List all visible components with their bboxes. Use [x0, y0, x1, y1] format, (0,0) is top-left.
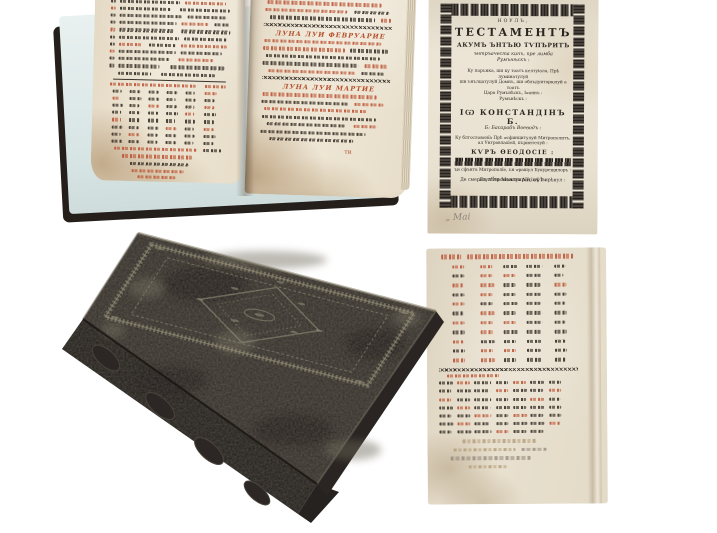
script-line — [433, 254, 588, 260]
ink-stroke — [110, 14, 115, 17]
ink-stroke — [111, 125, 122, 128]
ink-stroke — [481, 359, 495, 362]
ink-stroke — [129, 111, 140, 114]
ink-stroke — [204, 92, 216, 96]
ink-stroke — [503, 321, 515, 324]
script-line — [434, 413, 589, 417]
ink-stroke — [549, 381, 561, 384]
script-line — [103, 28, 238, 35]
ink-stroke — [129, 133, 140, 136]
closed-leather-book — [55, 222, 450, 533]
ink-stroke — [355, 11, 390, 15]
ink-stroke — [109, 57, 114, 60]
title-page-line: ІѠ КОНСТАНДІНЪ Б. — [454, 107, 572, 126]
ink-stroke — [549, 405, 561, 408]
ink-stroke — [118, 64, 159, 68]
ink-stroke — [118, 71, 150, 75]
ink-stroke — [503, 311, 515, 314]
ink-stroke — [527, 349, 541, 352]
ink-stroke — [475, 398, 492, 401]
ink-stroke — [513, 422, 527, 425]
ink-stroke — [549, 397, 560, 400]
ink-stroke — [112, 118, 122, 121]
script-line — [103, 49, 238, 56]
ink-stroke — [496, 422, 508, 425]
ink-stroke — [527, 302, 541, 305]
ink-stroke — [260, 130, 365, 136]
ink-stroke — [452, 340, 463, 343]
title-page-colophon: Де смеритул Їеромонахъ Антїмъ Ївирѣнул : — [454, 178, 572, 185]
ink-stroke — [530, 397, 544, 400]
script-line — [101, 118, 236, 125]
script-line — [103, 35, 238, 42]
table-page-text — [433, 254, 589, 474]
ink-stroke — [148, 133, 158, 136]
ink-stroke — [203, 142, 214, 145]
ink-stroke — [480, 349, 492, 352]
ink-stroke — [266, 122, 345, 128]
ink-stroke — [354, 125, 377, 129]
ink-stroke — [109, 64, 114, 67]
ornament-border-top — [441, 4, 585, 17]
ink-stroke — [122, 154, 192, 159]
ink-stroke — [119, 28, 173, 33]
ink-stroke — [204, 85, 226, 89]
title-page-line: ън сфънта Митрополїе, ън ѡрашул Букурещи… — [454, 167, 572, 173]
script-line — [433, 273, 588, 277]
ink-stroke — [203, 128, 214, 131]
ink-stroke — [530, 422, 544, 425]
script-line — [100, 161, 235, 168]
ink-stroke — [452, 265, 464, 268]
title-page-line: КѴРЪ ѲЕОДОСІЕ : — [454, 148, 572, 157]
ink-stroke — [165, 127, 176, 130]
ink-stroke — [469, 465, 509, 469]
ornament-border-right — [573, 4, 585, 208]
ink-stroke — [149, 90, 159, 93]
ink-stroke — [504, 340, 516, 343]
ink-stroke — [475, 414, 492, 417]
ink-stroke — [112, 89, 122, 92]
ink-stroke — [184, 134, 195, 137]
ink-stroke — [129, 140, 140, 143]
ink-stroke — [480, 265, 492, 268]
leather-grain — [62, 233, 436, 514]
ink-stroke — [111, 6, 116, 9]
script-line — [435, 430, 590, 434]
ink-stroke — [458, 398, 470, 401]
script-line — [101, 103, 236, 110]
ink-stroke — [185, 91, 195, 94]
ink-rule — [113, 78, 226, 82]
ink-stroke — [148, 119, 159, 122]
ink-stroke — [170, 65, 224, 70]
title-page-line: Ку порънка, ши ку тоатъ келтуіала, Прѣ л… — [454, 69, 572, 81]
ink-stroke — [182, 23, 209, 27]
script-line — [435, 447, 590, 452]
calendar-table-page — [426, 247, 608, 504]
ink-stroke — [475, 430, 492, 433]
ink-stroke — [480, 293, 492, 296]
script-line — [99, 174, 234, 181]
ink-stroke — [457, 382, 469, 385]
title-page-line: ТЕСТАМЕНТЪ — [454, 26, 572, 40]
ink-stroke — [119, 43, 143, 47]
ornament-band — [455, 158, 571, 167]
ink-stroke — [184, 141, 194, 144]
ink-stroke — [496, 430, 508, 433]
script-line — [102, 56, 237, 63]
ink-stroke — [111, 0, 116, 2]
script-line — [104, 6, 239, 13]
ink-stroke — [161, 72, 215, 77]
script-line — [103, 21, 238, 28]
ink-stroke — [549, 414, 561, 417]
script-line — [255, 100, 401, 108]
ink-stroke — [361, 72, 384, 76]
ink-stroke — [475, 390, 490, 393]
ink-stroke — [185, 113, 195, 116]
ink-stroke — [185, 1, 226, 5]
ink-stroke — [526, 292, 541, 295]
ink-stroke — [513, 398, 525, 401]
ink-stroke — [458, 422, 470, 425]
ink-stroke — [166, 119, 176, 122]
ink-stroke — [480, 283, 494, 286]
script-line — [434, 373, 589, 377]
ink-stroke — [527, 339, 542, 342]
ink-stroke — [452, 293, 464, 296]
ink-stroke — [148, 105, 159, 108]
ink-stroke — [350, 49, 388, 53]
ink-stroke — [132, 169, 183, 174]
ink-stroke — [119, 50, 176, 55]
script-line — [434, 349, 589, 353]
ink-stroke — [112, 96, 120, 99]
ink-stroke — [555, 321, 566, 324]
ink-stroke — [480, 340, 494, 343]
ink-stroke — [263, 46, 345, 52]
ink-stroke — [480, 312, 494, 315]
ink-stroke — [365, 64, 388, 68]
ink-stroke — [270, 16, 375, 22]
ink-stroke — [166, 98, 176, 101]
ink-stroke — [549, 389, 561, 392]
ink-stroke — [149, 43, 176, 47]
ink-stroke — [130, 90, 141, 93]
ink-stroke — [181, 51, 222, 55]
manuscript-right-page: ЛУНА ЛУИ ФЕВРУАРИЕЛУНА ЛУИ МАРТИЕти — [245, 0, 414, 198]
ink-stroke — [110, 82, 196, 87]
ink-stroke — [453, 448, 515, 452]
script-line — [434, 397, 589, 401]
ink-stroke — [513, 414, 527, 417]
ink-stroke — [149, 97, 160, 100]
ink-stroke — [114, 147, 198, 152]
ink-stroke — [165, 134, 176, 137]
ink-stroke — [554, 292, 566, 295]
ink-stroke — [452, 312, 463, 315]
manuscript-gutter-shadow — [236, 0, 254, 196]
ink-stroke — [513, 406, 525, 409]
manuscript-left-page — [90, 0, 245, 184]
ink-stroke — [109, 49, 114, 52]
ink-stroke — [204, 106, 215, 109]
script-line — [255, 129, 401, 137]
title-page-line: Румънѣскъ : — [454, 58, 572, 65]
script-line — [435, 439, 590, 444]
ink-stroke — [458, 390, 472, 393]
ink-stroke — [554, 283, 566, 286]
ink-stroke — [268, 69, 356, 75]
ink-stroke — [112, 104, 123, 107]
ink-stroke — [120, 14, 182, 19]
ink-stroke — [263, 61, 359, 67]
ink-stroke — [204, 113, 216, 117]
ink-stroke — [452, 321, 464, 324]
ink-stroke — [503, 293, 515, 296]
ink-stroke — [262, 115, 376, 122]
ink-stroke — [549, 422, 560, 425]
ink-stroke — [111, 132, 121, 135]
ink-stroke — [504, 358, 516, 361]
ink-stroke — [555, 339, 566, 342]
script-line — [100, 154, 235, 161]
script-line — [255, 114, 401, 122]
ornament-border-left — [440, 4, 452, 208]
ink-stroke — [526, 264, 541, 267]
ink-stroke — [555, 349, 567, 352]
ink-stroke — [531, 430, 543, 433]
script-line — [257, 46, 403, 54]
ink-stroke — [474, 381, 491, 384]
ink-stroke — [480, 321, 492, 324]
ink-stroke — [267, 0, 381, 7]
script-line — [255, 107, 401, 115]
ink-stroke — [467, 254, 572, 259]
ink-stroke — [261, 100, 349, 106]
open-manuscript-book: ЛУНА ЛУИ ФЕВРУАРИЕЛУНА ЛУИ МАРТИЕти — [52, 0, 420, 238]
ink-stroke — [458, 414, 470, 417]
ink-stroke — [527, 358, 542, 361]
script-line — [255, 122, 401, 130]
ink-stroke — [166, 91, 177, 94]
ink-stroke — [554, 311, 566, 314]
script-line — [435, 464, 590, 469]
ink-stroke — [179, 8, 229, 12]
ink-stroke — [453, 359, 465, 362]
ink-stroke — [184, 127, 194, 130]
script-line — [102, 71, 237, 78]
ink-stroke — [203, 149, 222, 153]
manuscript-left-page-text — [99, 0, 239, 185]
ink-stroke — [504, 349, 516, 352]
script-line — [102, 89, 237, 96]
ink-stroke — [555, 330, 567, 333]
script-line — [434, 358, 589, 362]
ink-stroke — [503, 274, 515, 277]
ink-stroke — [266, 8, 348, 14]
ink-stroke — [530, 406, 544, 409]
script-line — [258, 15, 404, 23]
ink-stroke — [530, 381, 544, 384]
title-page-line: ал Унгровлахїей, пъринтелуй : — [454, 141, 572, 147]
title-page-line: Румънѣскъ : — [454, 97, 572, 103]
script-line — [433, 264, 588, 268]
ink-stroke — [475, 406, 490, 409]
ink-stroke — [129, 126, 139, 129]
ink-stroke — [504, 330, 518, 333]
script-line — [257, 54, 403, 62]
ink-stroke — [119, 57, 170, 62]
ink-stroke — [503, 283, 515, 286]
title-page-line: АКУМЪ ЪНТЪЮ ТѴПЪРИТЪ — [454, 42, 572, 51]
zigzag-divider — [439, 367, 578, 371]
ink-stroke — [137, 175, 175, 179]
ink-stroke — [503, 302, 517, 305]
script-line — [258, 8, 404, 16]
ink-stroke — [187, 16, 228, 20]
script-line — [257, 61, 403, 69]
ink-stroke — [480, 274, 492, 277]
ink-stroke — [266, 54, 380, 61]
manuscript-right-page-text: ЛУНА ЛУИ ФЕВРУАРИЕЛУНА ЛУИ МАРТИЕти — [254, 0, 405, 158]
script-line — [101, 110, 236, 117]
ink-stroke — [112, 111, 122, 114]
ink-stroke — [496, 406, 510, 409]
ink-stroke — [148, 112, 158, 115]
ink-stroke — [513, 381, 525, 384]
script-line — [100, 139, 235, 146]
ink-stroke — [110, 35, 115, 38]
script-line — [435, 456, 590, 461]
ink-stroke — [185, 120, 196, 123]
ink-stroke — [181, 44, 227, 48]
ink-stroke — [130, 104, 140, 107]
ink-stroke — [130, 97, 142, 101]
script-line — [256, 69, 402, 77]
ink-stroke — [148, 126, 159, 129]
ink-stroke — [129, 118, 140, 121]
title-page-line: ши ънълцатулуй Домнъ, ши облъдуиторюлуй … — [454, 80, 572, 92]
ink-stroke — [165, 141, 176, 144]
ink-stroke — [129, 162, 188, 167]
ink-stroke — [185, 98, 196, 101]
ink-stroke — [111, 139, 122, 142]
ink-stroke — [458, 406, 470, 409]
script-line — [434, 311, 589, 315]
script-line — [104, 0, 239, 6]
ink-stroke — [527, 321, 542, 324]
ink-stroke — [513, 389, 527, 392]
ink-stroke — [203, 120, 214, 123]
ink-stroke — [527, 311, 542, 314]
printed-title-page: НОУЛЪ,ТЕСТАМЕНТЪАКУМЪ ЪНТЪЮ ТѴПЪРИТЪънтр… — [427, 0, 598, 234]
script-line — [435, 422, 590, 426]
ink-stroke — [120, 21, 177, 26]
ink-stroke — [496, 389, 508, 392]
ink-stroke — [462, 439, 536, 443]
ink-stroke — [496, 381, 508, 384]
script-line — [434, 292, 589, 296]
script-line — [259, 0, 405, 8]
script-line — [434, 381, 589, 385]
ink-stroke — [526, 274, 541, 277]
script-line — [434, 339, 589, 343]
title-page-line: Б: Басарабъ Воеводъ : — [454, 125, 572, 132]
ink-stroke — [458, 431, 472, 434]
ink-stroke — [381, 19, 391, 23]
ink-stroke — [182, 30, 231, 34]
ink-stroke — [178, 58, 213, 62]
ink-stroke — [355, 103, 384, 107]
script-line — [102, 64, 237, 71]
title-page-line: НОУЛЪ, — [454, 19, 572, 26]
ink-stroke — [452, 274, 464, 277]
script-line — [434, 283, 589, 287]
ink-stroke — [204, 99, 215, 102]
script-line — [100, 146, 235, 153]
photo-stage: ЛУНА ЛУИ ФЕВРУАРИЕЛУНА ЛУИ МАРТИЕти НОУЛ… — [0, 0, 717, 533]
ink-stroke — [480, 330, 492, 333]
script-line — [101, 125, 236, 132]
ink-stroke — [480, 302, 492, 305]
ink-stroke — [527, 330, 541, 333]
ink-stroke — [166, 105, 177, 108]
ink-stroke — [185, 105, 195, 108]
ink-stroke — [554, 274, 563, 277]
ornament-border-bottom — [440, 196, 584, 209]
script-line — [434, 405, 589, 409]
script-line — [434, 330, 589, 334]
ink-stroke — [447, 374, 500, 378]
script-line — [254, 137, 400, 145]
ink-stroke — [496, 414, 508, 417]
script-line — [101, 132, 236, 139]
script-line — [103, 42, 238, 49]
ink-stroke — [514, 430, 526, 433]
ink-stroke — [475, 422, 490, 425]
ink-stroke — [119, 35, 178, 40]
script-line — [102, 82, 237, 89]
ink-stroke — [452, 331, 464, 334]
ink-stroke — [521, 448, 546, 452]
ink-stroke — [148, 140, 158, 143]
script-line — [434, 389, 589, 393]
ink-stroke — [555, 358, 566, 361]
script-line — [101, 96, 236, 103]
ink-stroke — [452, 302, 464, 305]
ink-stroke — [530, 414, 542, 417]
ink-stroke — [503, 264, 517, 267]
ink-stroke — [120, 7, 171, 12]
ink-stroke — [110, 42, 115, 45]
ink-stroke — [530, 389, 542, 392]
ink-stroke — [214, 23, 230, 27]
ink-stroke — [526, 283, 540, 286]
ink-stroke — [554, 264, 565, 267]
ink-stroke — [110, 28, 115, 31]
ink-stroke — [184, 37, 227, 41]
ink-stroke — [203, 135, 215, 139]
ink-stroke — [554, 302, 565, 305]
ink-stroke — [166, 112, 178, 116]
ink-stroke — [452, 284, 463, 287]
ink-stroke — [120, 0, 179, 4]
script-line — [434, 302, 589, 306]
ink-stroke — [110, 21, 115, 24]
ink-stroke — [450, 456, 531, 460]
